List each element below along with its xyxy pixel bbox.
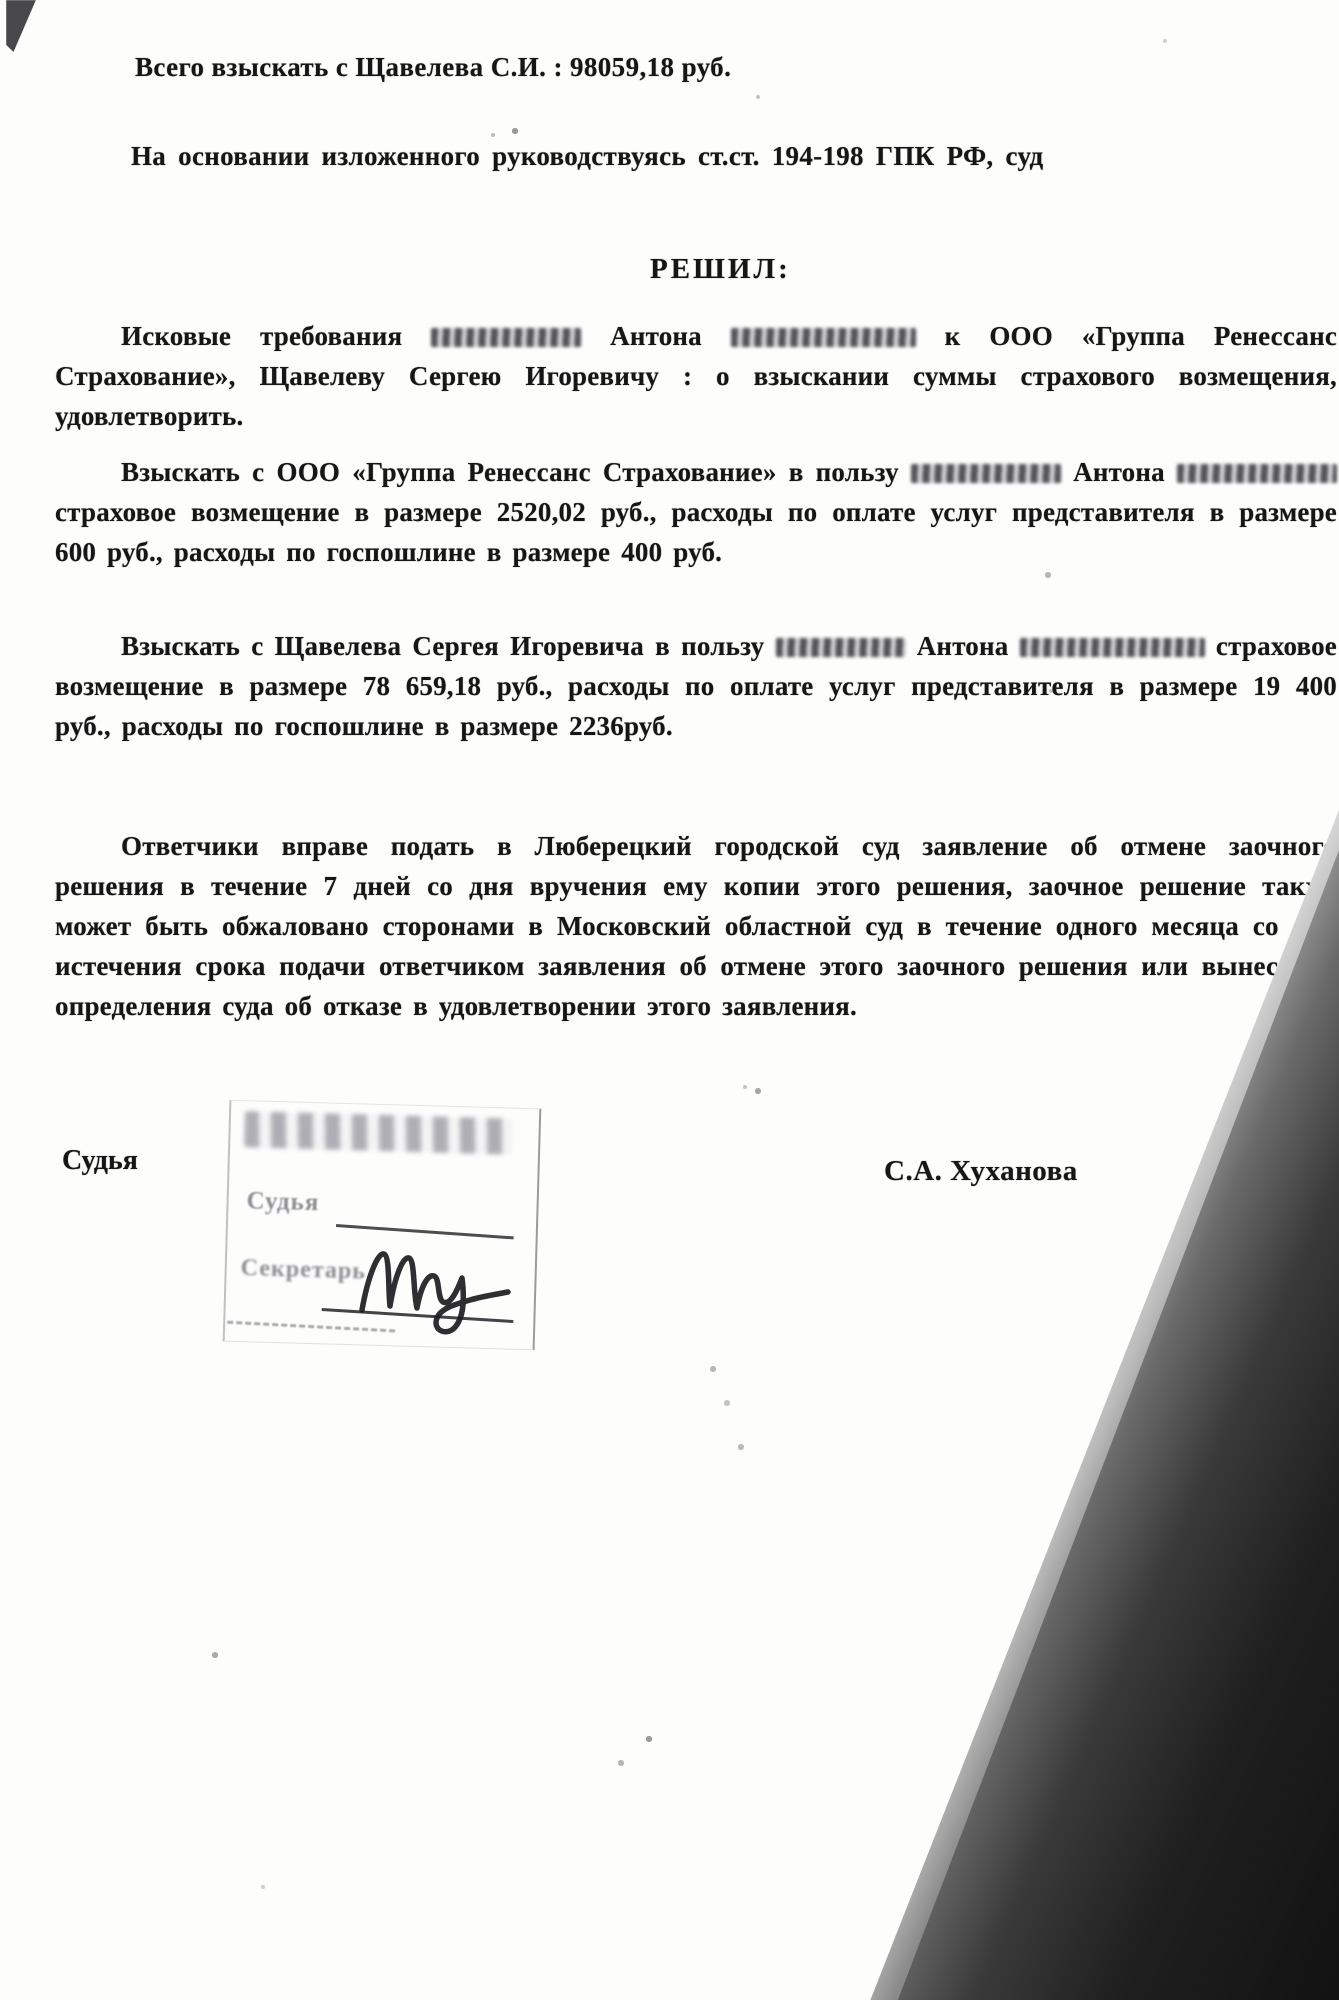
- redacted-name: [431, 328, 581, 347]
- stamp-judge-label: Судья: [246, 1187, 319, 1216]
- recovery-from-defendant-paragraph: Взыскать с Щавелева Сергея Игоревича в п…: [55, 626, 1337, 746]
- text-segment: Антона: [917, 631, 1009, 661]
- text-segment: страховое возмещение в размере 2520,02 р…: [55, 497, 1337, 567]
- appeal-rights-paragraph: Ответчики вправе подать в Люберецкий гор…: [55, 826, 1337, 1026]
- handwritten-signature: [352, 1228, 532, 1348]
- redacted-name: [1020, 638, 1205, 657]
- stamp-secretary-label: Секретарь: [240, 1255, 366, 1284]
- text-segment: Исковые требования: [121, 321, 402, 351]
- scanned-court-decision-page: Всего взыскать с Щавелева С.И. : 98059,1…: [0, 0, 1339, 2000]
- total-recovery-line: Всего взыскать с Щавелева С.И. : 98059,1…: [135, 52, 731, 83]
- judge-signature-label: Судья: [62, 1145, 138, 1177]
- redacted-name: [776, 638, 906, 657]
- redacted-name: [911, 464, 1061, 483]
- text-segment: Взыскать с ООО «Группа Ренессанс Страхов…: [121, 457, 899, 487]
- text-segment: Ответчики вправе подать в Люберецкий гор…: [55, 831, 1337, 1021]
- scan-noise-specks: [0, 0, 2, 2]
- recovery-from-insurer-paragraph: Взыскать с ООО «Группа Ренессанс Страхов…: [55, 452, 1337, 572]
- stamp-illegible-text: [244, 1111, 513, 1154]
- legal-basis-line: На основании изложенного руководствуясь …: [131, 141, 1044, 172]
- claims-granted-paragraph: Исковые требования Антона к ООО «Группа …: [55, 316, 1337, 436]
- text-segment: Взыскать с Щавелева Сергея Игоревича в п…: [121, 631, 764, 661]
- decision-heading: РЕШИЛ:: [650, 253, 791, 286]
- text-segment: Антона: [1073, 457, 1165, 487]
- redacted-name: [1177, 464, 1337, 483]
- scan-artifact-corner-mark: [6, 0, 40, 52]
- text-segment: Антона: [610, 321, 702, 351]
- redacted-name: [731, 328, 916, 347]
- judge-name: С.А. Хуханова: [884, 1155, 1078, 1188]
